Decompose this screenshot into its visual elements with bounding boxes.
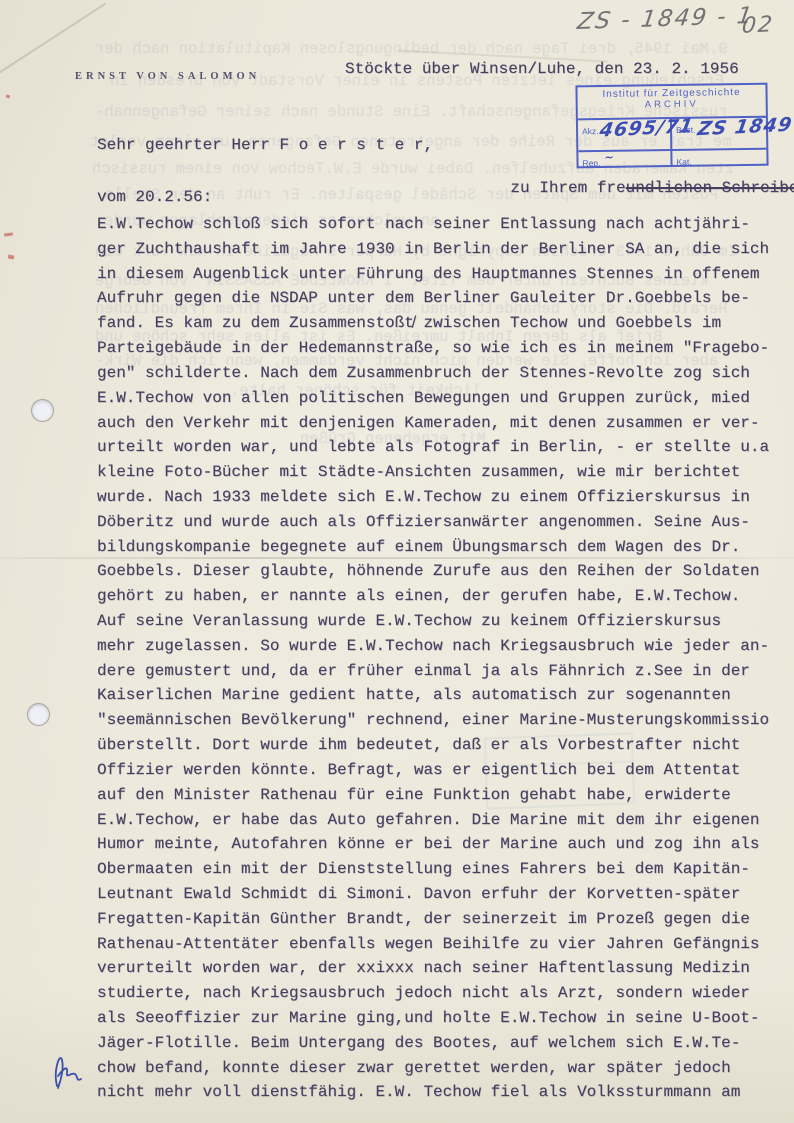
- stamp-best-value-handwritten: ZS 1849: [696, 114, 794, 141]
- letter-body-line: dere gemustert und, da er früher einmal …: [97, 659, 769, 684]
- salutation-reference-date: vom 20.2.56:: [97, 188, 212, 206]
- reference-struck-text: undlichen Schreiben: [626, 179, 794, 197]
- letter-body-line: Humor meinte, Autofahren könne er bei de…: [97, 832, 769, 857]
- archive-stamp: Institut für Zeitgeschichte ARCHIV Akz. …: [575, 83, 768, 169]
- scanned-letter-page: 9.Mai 1945, drei Tage nach der bedingung…: [0, 0, 794, 1123]
- pencil-page-number: 02: [741, 12, 775, 39]
- letter-body-line: urteilt worden war, und lebte als Fotogr…: [97, 435, 769, 460]
- punch-hole-top: [31, 399, 54, 422]
- letter-body-line: ger Zuchthaushaft im Jahre 1930 in Berli…: [97, 237, 769, 262]
- letter-body-line: Auf seine Veranlassung wurde E.W.Techow …: [97, 609, 769, 634]
- letter-body-line: E.W.Techow, er habe das Auto gefahren. D…: [97, 808, 769, 833]
- letter-body-line: Jäger-Flotille. Beim Untergang des Boote…: [97, 1031, 769, 1056]
- letter-body-line: "seemännischen Bevölkerung" rechnend, ei…: [97, 708, 769, 733]
- letter-body-line: überstellt. Dort wurde ihm bedeutet, daß…: [97, 733, 769, 758]
- stamp-cell-akz: Akz. 4695/71: [578, 119, 672, 150]
- letter-body-line: Aufruhr gegen die NSDAP unter dem Berlin…: [97, 286, 769, 311]
- letter-body-line: auch den Verkehr mit denjenigen Kamerade…: [97, 411, 769, 436]
- letter-body-line: gen" schilderte. Nach dem Zusammenbruch …: [97, 361, 769, 386]
- letter-body-line: E.W.Techow schloß sich sofort nach seine…: [97, 212, 769, 237]
- letter-body-line: chow befand, konnte dieser zwar gerettet…: [97, 1056, 769, 1081]
- letter-body-line: in diesem Augenblick unter Führung des H…: [97, 262, 769, 287]
- stamp-cell-best: Best. ZS 1849: [672, 118, 766, 149]
- stamp-row-akz-best: Akz. 4695/71 Best. ZS 1849: [578, 118, 766, 153]
- stamp-akz-label: Akz.: [582, 126, 599, 136]
- pencil-archive-code: ZS - 1849 - 1: [576, 3, 756, 35]
- handwritten-initials: [48, 1046, 92, 1096]
- letter-body-line: fand. Es kam zu dem Zusammenstoßt̸ zwisc…: [97, 311, 769, 336]
- bleedthrough-line: 9.Mai 1945, drei Tage nach der bedingung…: [95, 40, 728, 58]
- letter-body-line: Rathenau-Attentäter ebenfalls wegen Beih…: [97, 932, 769, 957]
- red-ink-speck: [6, 94, 11, 98]
- letter-body-line: E.W.Techow von allen politischen Bewegun…: [97, 386, 769, 411]
- letter-body-line: mehr zugelassen. So wurde E.W.Techow nac…: [97, 634, 769, 659]
- salutation-greeting: Sehr geehrter Herr F o e r s t e r,: [97, 136, 433, 154]
- letterhead-sender: ERNST VON SALOMON: [75, 71, 260, 82]
- letter-body-line: Offizier werden könnte. Befragt, was er …: [97, 758, 769, 783]
- letter-body-line: bildungskompanie begegnete auf einem Übu…: [97, 535, 769, 560]
- reference-pre: zu Ihrem fre: [510, 179, 625, 197]
- letter-body-line: als Seeoffizier zur Marine ging,und holt…: [97, 1006, 769, 1031]
- letter-body-line: Goebbels. Dieser glaubte, höhnende Zuruf…: [97, 559, 769, 584]
- letter-body-line: Kaiserlichen Marine gedient hatte, als a…: [97, 683, 769, 708]
- corner-crease: [0, 3, 106, 75]
- letter-body-line: studierte, nach Kriegsausbruch jedoch ni…: [97, 981, 769, 1006]
- red-ink-speck: [8, 254, 15, 259]
- salutation-reference: zu Ihrem freundlichen Schreiben: [472, 161, 794, 215]
- letter-body-line: Obermaaten ein mit der Dienststellung ei…: [97, 857, 769, 882]
- letter-body-line: Fregatten-Kapitän Günther Brandt, der se…: [97, 907, 769, 932]
- letter-body-line: wurde. Nach 1933 meldete sich E.W.Techow…: [97, 485, 769, 510]
- stamp-best-label: Best.: [676, 125, 696, 135]
- dateline: Stöckte über Winsen/Luhe, den 23. 2. 195…: [345, 60, 739, 78]
- letter-body-line: nicht mehr voll dienstfähig. E.W. Techow…: [97, 1080, 769, 1105]
- letter-body-line: kleine Foto-Bücher mit Städte-Ansichten …: [97, 460, 769, 485]
- letter-body-line: Leutnant Ewald Schmidt di Simoni. Davon …: [97, 882, 769, 907]
- letter-body-line: Parteigebäude in der Hedemannstraße, so …: [97, 336, 769, 361]
- stamp-header: Institut für Zeitgeschichte ARCHIV: [577, 85, 765, 121]
- punch-hole-bottom: [27, 703, 50, 726]
- letter-body-line: verurteilt worden war, der xxixxx nach s…: [97, 956, 769, 981]
- letter-body: E.W.Techow schloß sich sofort nach seine…: [97, 212, 769, 1105]
- red-ink-speck: [4, 232, 13, 236]
- letter-body-line: Döberitz und wurde auch als Offiziersanw…: [97, 510, 769, 535]
- letter-body-line: gehört zu haben, er nannte als einen, de…: [97, 584, 769, 609]
- letter-body-line: auf den Minister Rathenau für eine Funkt…: [97, 783, 769, 808]
